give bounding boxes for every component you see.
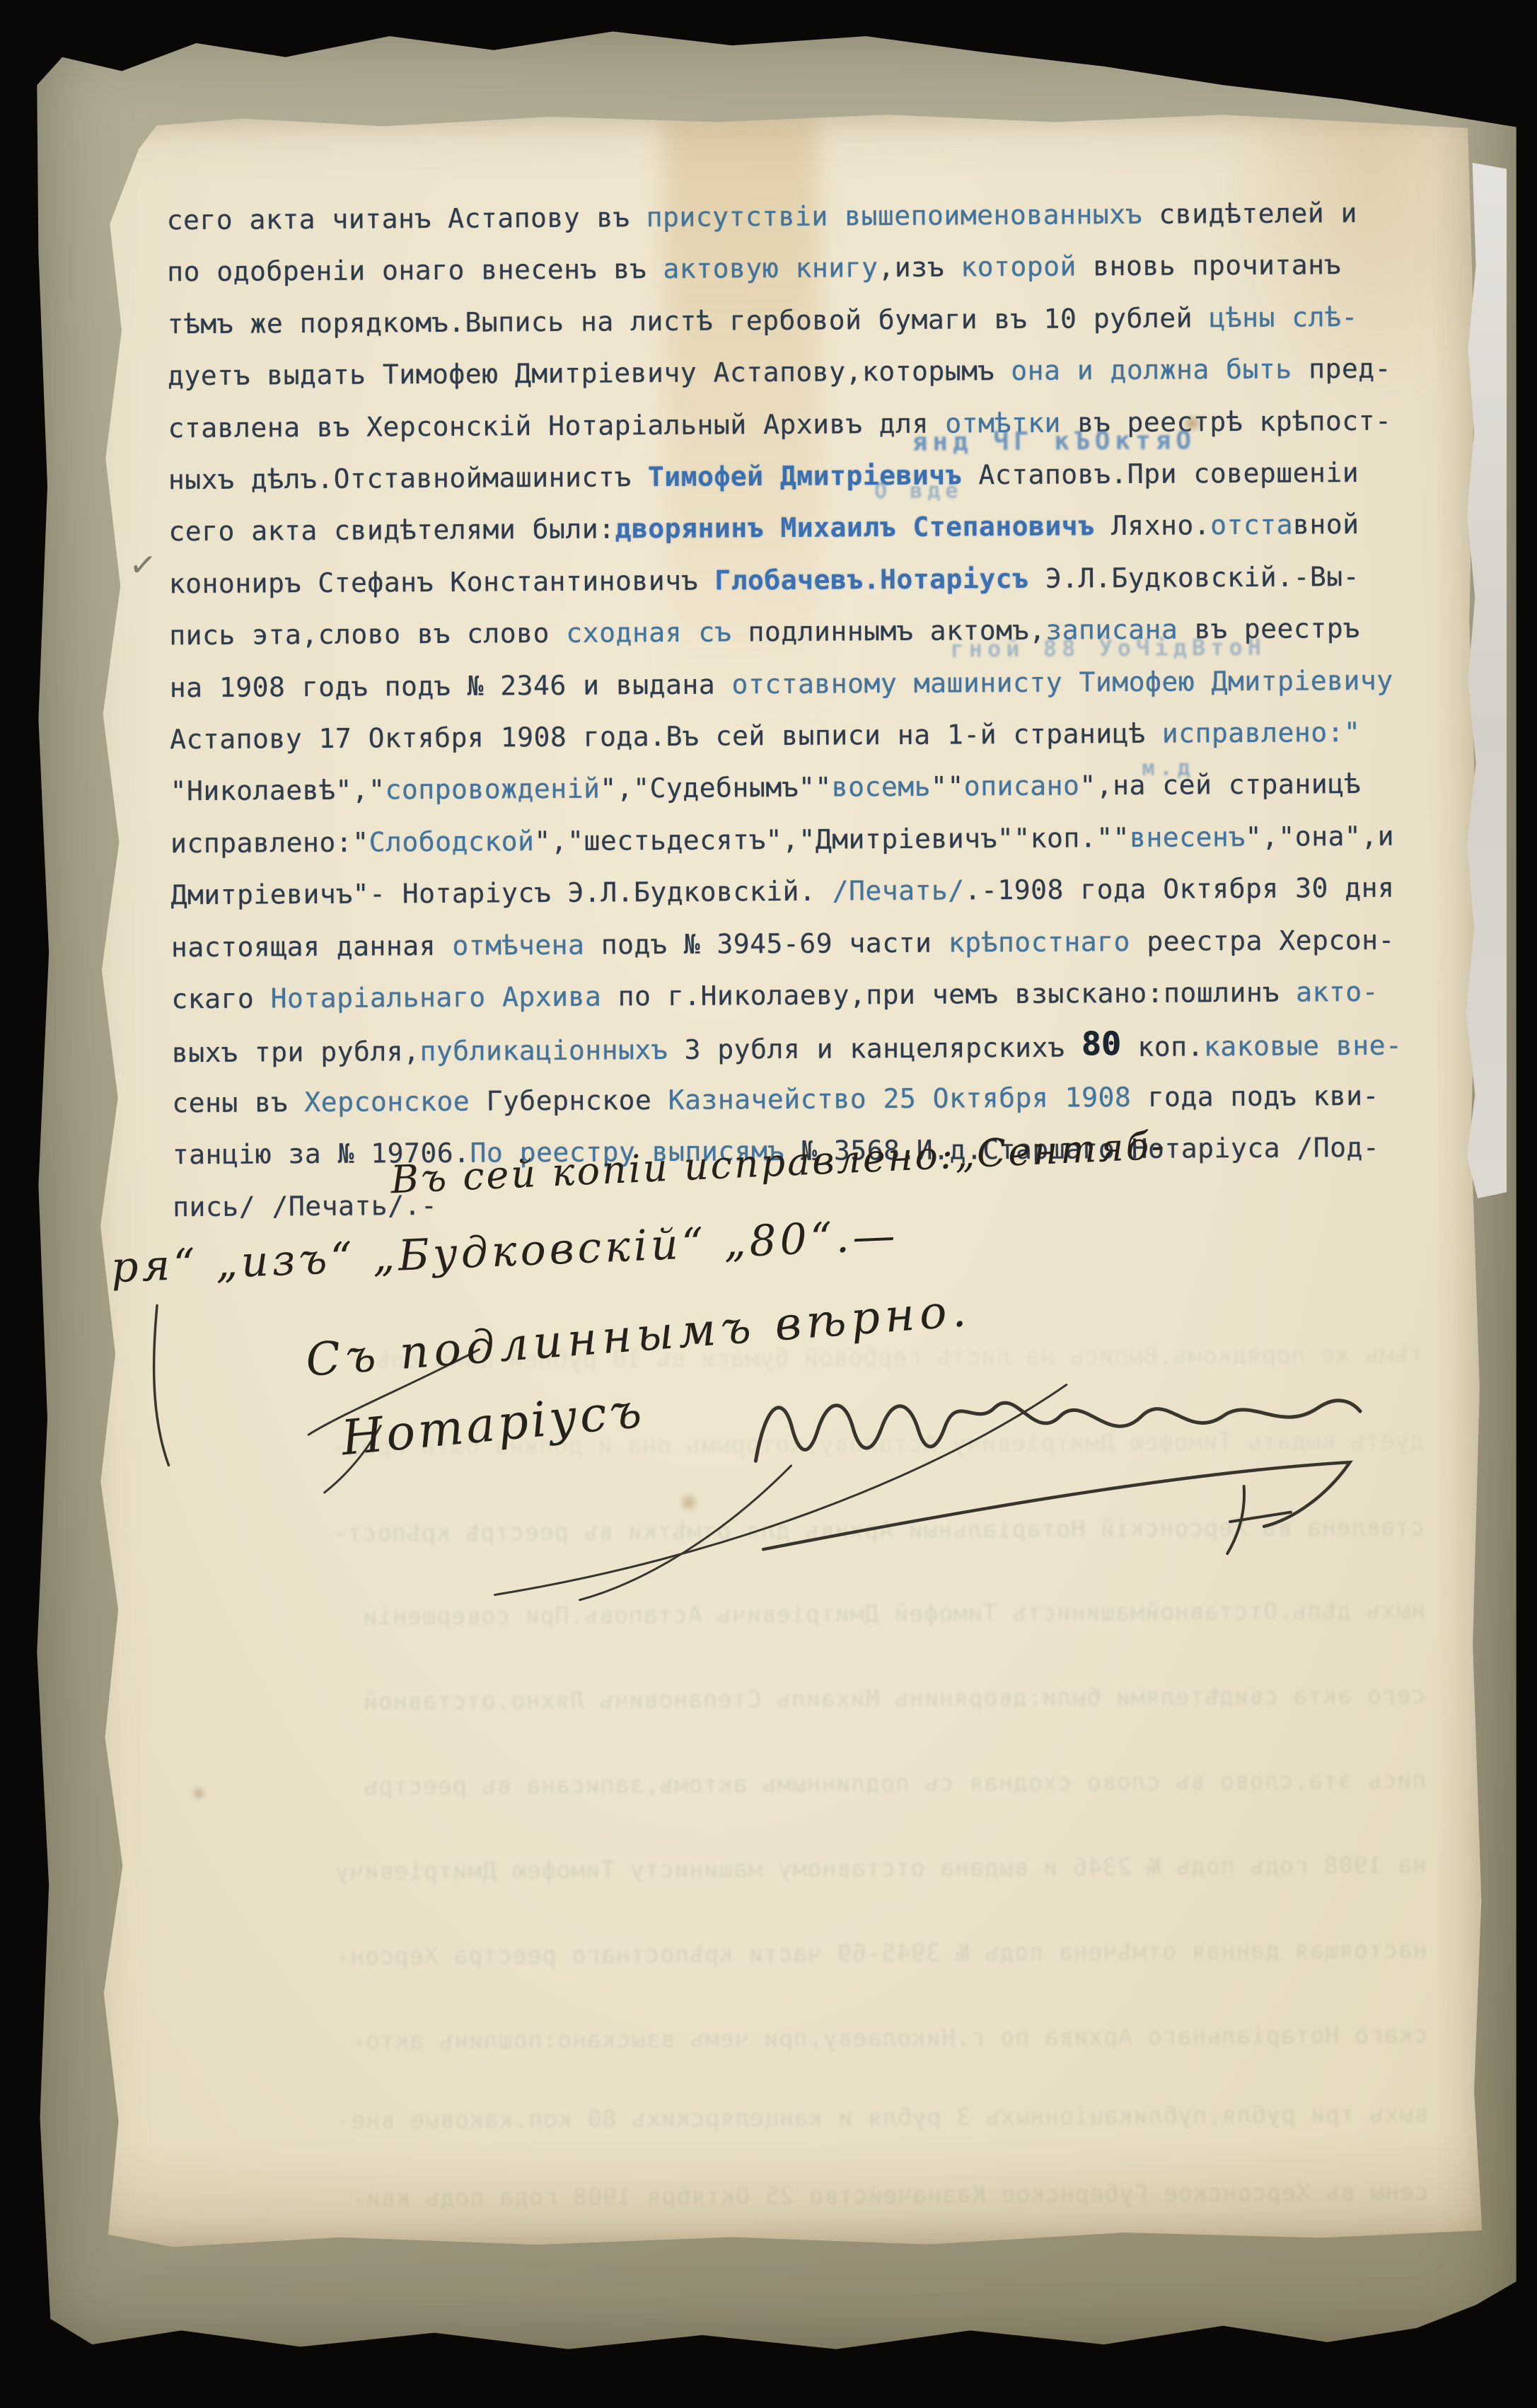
text-segment: свидѣтелей и [1142, 197, 1357, 230]
bleed-through-line: скаго Нотаріальнаго Архива по г.Николаев… [154, 2020, 1427, 2056]
text-segment: она и должна быть [1011, 354, 1292, 386]
text-segment: актовую книгу [663, 253, 878, 285]
bleed-through-line: на 1908 годъ подъ № 2346 и выдана отстав… [153, 1851, 1427, 1886]
typed-line-13: исправлено:"Слободской","шестьдесятъ","Д… [170, 819, 1455, 859]
typed-line-2: по одобреніи онаго внесенъ въ актовую кн… [167, 248, 1451, 289]
text-segment: сего акта читанъ Астапову въ [167, 202, 646, 236]
text-segment: пись эта,слово въ слово [169, 618, 566, 651]
typed-line-7: сего акта свидѣтелями были:дворянинъ Мих… [168, 508, 1453, 548]
typed-line-17: выхъ три рубля,публикаціонныхъ 3 рубля и… [172, 1027, 1456, 1070]
stamp-ghost-fragment: янд ЧГ кЪОктяО [912, 426, 1197, 456]
text-segment: "" [931, 771, 964, 802]
bleed-through-line: сены въ Херсонское Губернское Казначейст… [156, 2177, 1429, 2213]
text-segment: сего акта свидѣтелями были: [168, 514, 615, 548]
typed-line-18: сены въ Херсонское Губернское Казначейст… [172, 1079, 1456, 1119]
typed-line-3: тѣмъ же порядкомъ.Выпись на листѣ гербов… [167, 300, 1451, 340]
text-segment: Астаповъ.При совершеніи [962, 457, 1359, 490]
text-segment: отмѣчена [452, 929, 584, 961]
stamp-ghost-fragment: О вде [874, 478, 963, 504]
typed-line-5: ставлена въ Херсонскій Нотаріальный Архи… [168, 404, 1452, 444]
text-segment: каковые вне- [1204, 1030, 1403, 1063]
text-segment: Казначейство 25 Октября 1908 [668, 1082, 1132, 1116]
typed-line-11: Астапову 17 Октября 1908 года.Въ сей вып… [170, 715, 1454, 756]
text-segment: настоящая данная [171, 930, 453, 962]
typed-line-14: Дмитріевичъ"- Нотаріусъ Э.Л.Будковскій. … [170, 871, 1455, 911]
text-segment: Глобачевъ.Нотаріусъ [714, 563, 1028, 596]
text-segment: подъ № 3945-69 части [584, 927, 949, 960]
text-segment: внесенъ [1130, 821, 1246, 853]
text-segment: ставлена въ Херсонскій Нотаріальный Архи… [168, 407, 945, 444]
text-segment: исправлено:" [170, 826, 369, 859]
typed-line-8: конониръ Стефанъ Константиновичъ Глобаче… [169, 560, 1454, 600]
typed-line-10: на 1908 годъ подъ № 2346 и выдана отстав… [170, 664, 1454, 704]
text-segment: скаго [171, 983, 271, 1014]
bleed-through-line: выхъ три рубля,публикаціонныхъ 3 рубля и… [155, 2100, 1428, 2135]
text-segment: по одобреніи онаго внесенъ въ [167, 253, 663, 287]
text-segment: 80 [1081, 1024, 1121, 1063]
text-segment: вновь прочитанъ [1077, 250, 1341, 282]
text-segment: ","она",и [1246, 820, 1395, 852]
text-segment: Астапову 17 Октября 1908 года.Въ сей вып… [170, 718, 1162, 756]
text-segment: вной [1293, 509, 1359, 540]
text-segment: тѣмъ же порядкомъ.Выпись на листѣ гербов… [167, 302, 1209, 340]
text-segment: /Печать/ [833, 875, 965, 907]
text-segment: отставному машинисту Тимофею Дмитріевичу [731, 664, 1393, 700]
scan-background: { "scan": { "background_color": "#0a0806… [0, 0, 1537, 2408]
text-segment: сходная съ [566, 617, 731, 649]
typed-line-6: ныхъ дѣлъ.Отставноймашинистъ Тимофей Дми… [168, 456, 1453, 496]
bleed-through-line: ставлена въ Херсонскій Нотаріальный Архи… [151, 1512, 1425, 1548]
bleed-through-line: пись эта,слово въ слово сходная съ подли… [153, 1766, 1426, 1801]
text-segment: дворянинъ Михаилъ Степановичъ [615, 511, 1094, 545]
text-segment: описано [964, 770, 1080, 802]
text-segment: Губернское [470, 1084, 668, 1117]
text-segment: акто- [1296, 976, 1379, 1008]
text-segment: ","шестьдесятъ","Дмитріевичъ""коп."" [534, 822, 1130, 857]
text-segment: на 1908 годъ подъ № 2346 и выдана [170, 668, 732, 703]
text-segment: ныхъ дѣлъ.Отставноймашинистъ [168, 461, 648, 495]
bleed-through-line: сего акта свидѣтелями были:дворянинъ Мих… [152, 1681, 1425, 1716]
text-segment: выхъ три рубля, [172, 1036, 420, 1069]
text-segment: сены въ [172, 1087, 304, 1118]
text-segment: ,изъ [878, 252, 961, 284]
typed-line-15: настоящая данная отмѣчена подъ № 3945-69… [171, 923, 1456, 963]
text-segment: Херсонское [304, 1085, 470, 1117]
text-segment: 3 рубля и канцелярскихъ [668, 1032, 1081, 1066]
text-segment: "Николаевѣ"," [170, 775, 385, 807]
bleed-through-line: настоящая данная отмѣчена подъ № 3945-69… [154, 1935, 1427, 1971]
typed-line-12: "Николаевѣ","сопровожденій","Судебнымъ""… [170, 768, 1454, 808]
text-segment: публикаціонныхъ [419, 1034, 668, 1067]
text-segment: пред- [1292, 353, 1392, 385]
text-segment: коп. [1121, 1031, 1204, 1063]
text-segment: конониръ Стефанъ Константиновичъ [169, 565, 715, 599]
text-segment: отста [1210, 509, 1293, 541]
text-segment: ",на сей страницѣ [1079, 768, 1361, 801]
handwritten-correction-line-2: ря“ „изъ“ „Будковскій“ „80“.— [110, 1211, 900, 1293]
text-segment: Дмитріевичъ"- Нотаріусъ Э.Л.Будковскій. [170, 876, 832, 911]
stamp-ghost-fragment: гной 88 ЎоЧідВтоН [950, 634, 1266, 663]
typed-line-4: дуетъ выдать Тимофею Дмитріевичу Астапов… [168, 352, 1452, 392]
text-segment: года подъ кви- [1131, 1080, 1379, 1113]
text-segment: цѣны слѣ- [1209, 301, 1358, 333]
text-segment: крѣпостнаго [949, 926, 1130, 959]
typed-line-16: скаго Нотаріальнаго Архива по г.Николаев… [171, 975, 1456, 1015]
text-segment: восемь [832, 771, 932, 803]
text-segment: сопровожденій [385, 773, 600, 806]
bleed-through-line: ныхъ дѣлъ.Отставноймашинистъ Тимофей Дми… [152, 1596, 1425, 1631]
text-segment: ","Судебнымъ"" [600, 772, 832, 804]
text-segment: дуетъ выдать Тимофею Дмитріевичу Астапов… [168, 355, 1011, 391]
document-page: тѣмъ же порядкомъ.Выпись на листѣ гербов… [76, 109, 1487, 2250]
text-segment: которой [961, 251, 1077, 283]
text-segment: присутствіи вышепоименованныхъ [646, 199, 1143, 233]
text-segment: Нотаріальнаго Архива [271, 981, 602, 1014]
text-segment: Ляхно. [1094, 510, 1210, 542]
text-segment: Слободской [369, 826, 534, 857]
text-segment: реестра Херсон- [1130, 924, 1395, 956]
text-segment: по г.Николаеву,при чемъ взыскано:пошлинъ [601, 977, 1296, 1012]
foxing-spot [677, 1493, 701, 1512]
text-segment: Э.Л.Будковскій.-Вы- [1028, 561, 1359, 594]
text-segment: исправлено:" [1162, 717, 1361, 749]
typed-line-1: сего акта читанъ Астапову въ присутствіи… [167, 196, 1451, 236]
stamp-ghost-fragment: м.д [1142, 756, 1195, 780]
pencil-checkmark: ✓ [127, 545, 158, 586]
text-segment: .-1908 года Октября 30 дня [965, 872, 1395, 906]
